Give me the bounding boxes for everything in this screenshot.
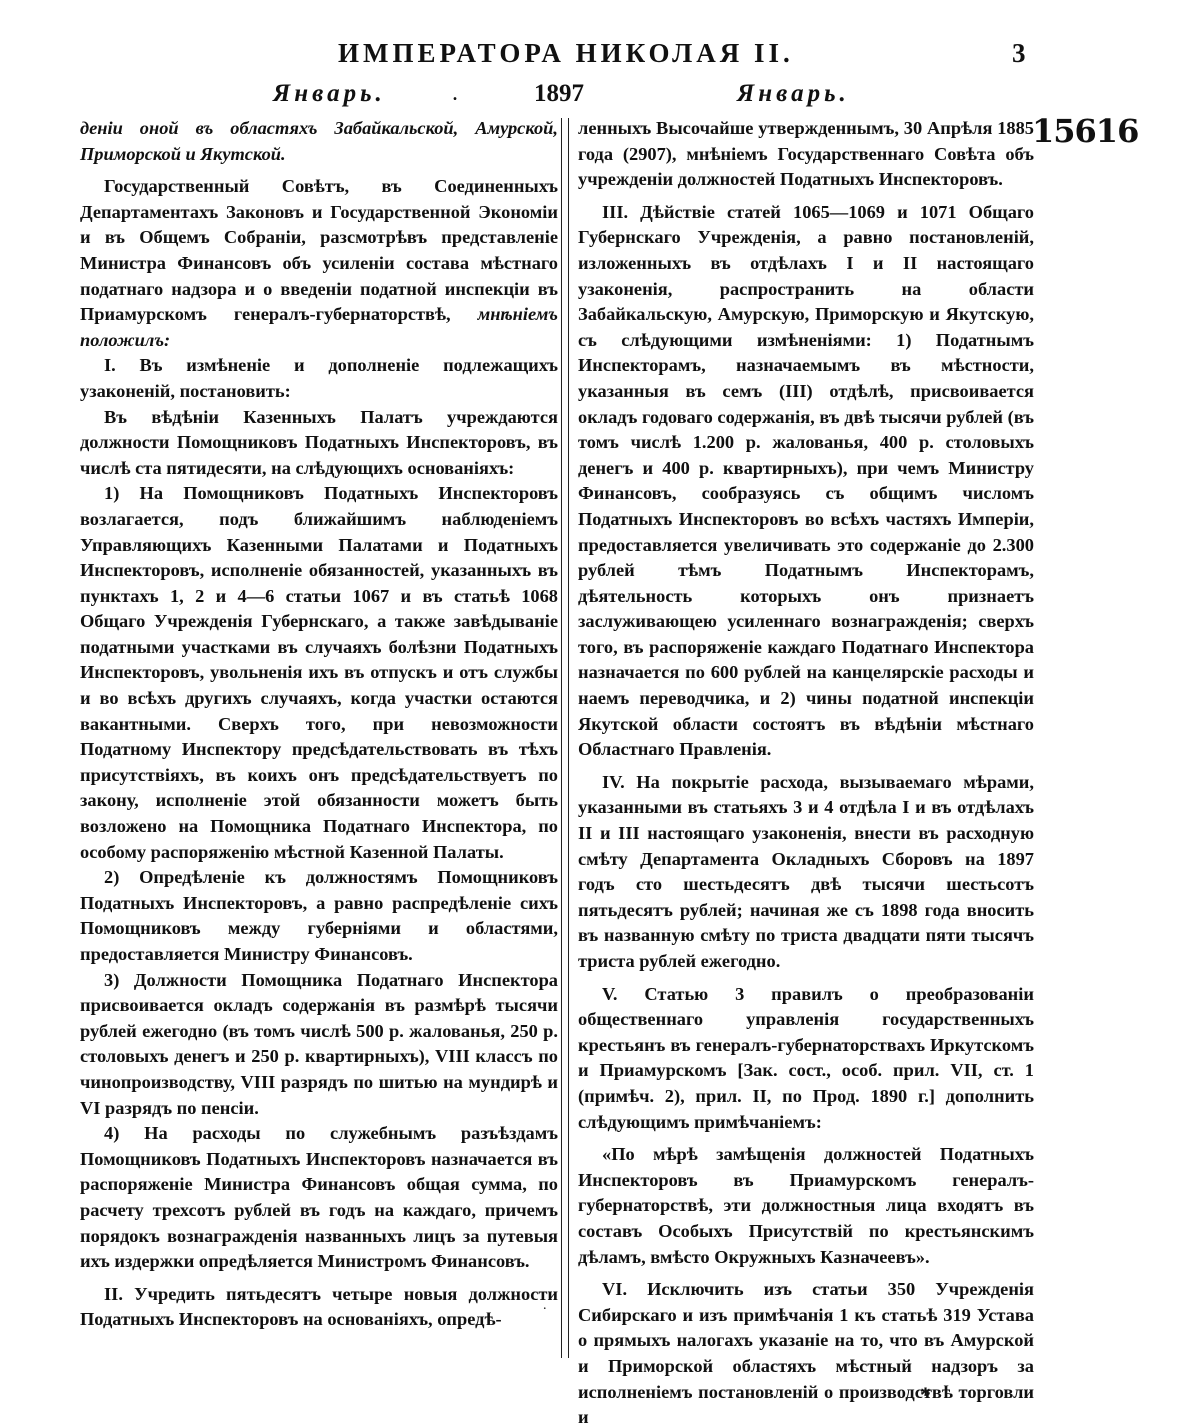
paragraph-item-3: 3) Должности Помощника Податнаго Инспект… bbox=[80, 968, 558, 1122]
year: 1897 bbox=[534, 80, 584, 108]
paragraph-continuation: ленныхъ Высочайше утвержденнымъ, 30 Апрѣ… bbox=[578, 116, 1034, 193]
paragraph-section-2: II. Учредить пятьдесятъ четыре новыя дол… bbox=[80, 1282, 558, 1333]
date-dot: . bbox=[452, 80, 458, 107]
stray-dot: . bbox=[543, 1298, 547, 1314]
running-title: ИМПЕРАТОРА НИКОЛАЯ II. bbox=[338, 38, 794, 69]
column-divider bbox=[561, 118, 569, 1358]
page-number: 3 bbox=[1012, 38, 1026, 69]
paragraph-preamble: Государственный Совѣтъ, въ Соединенныхъ … bbox=[80, 174, 558, 353]
paragraph-item-2: 2) Опредѣленіе къ должностямъ Помощников… bbox=[80, 865, 558, 967]
paragraph-section-6: VI. Исключить изъ статьи 350 Учрежденія … bbox=[578, 1277, 1034, 1427]
month-left: Январь. bbox=[273, 80, 386, 108]
left-column: деніи оной въ областяхъ Забайкальской, А… bbox=[80, 116, 558, 1333]
paragraph-section-4: IV. На покрытіе расхода, вызываемаго мѣр… bbox=[578, 770, 1034, 975]
running-head: ИМПЕРАТОРА НИКОЛАЯ II. 3 bbox=[0, 38, 1200, 78]
preamble-text: Государственный Совѣтъ, въ Соединенныхъ … bbox=[80, 176, 558, 324]
paragraph-section-3: III. Дѣйствіе статей 1065—1069 и 1071 Об… bbox=[578, 200, 1034, 763]
paragraph-section-1-intro: Въ вѣдѣніи Казенныхъ Палатъ учреждаются … bbox=[80, 405, 558, 482]
right-column: ленныхъ Высочайше утвержденнымъ, 30 Апрѣ… bbox=[578, 116, 1034, 1427]
footer-asterisk: * bbox=[920, 1382, 931, 1408]
paragraph-item-4: 4) На расходы по служебнымъ разъѣздамъ П… bbox=[80, 1121, 558, 1275]
month-right: Январь. bbox=[737, 80, 850, 108]
paragraph-quoted-note: «По мѣрѣ замѣщенія должностей Податныхъ … bbox=[578, 1142, 1034, 1270]
paragraph-item-1: 1) На Помощниковъ Податныхъ Инспекторовъ… bbox=[80, 481, 558, 865]
paragraph-section-5: V. Статью 3 правилъ о преобразованіи общ… bbox=[578, 982, 1034, 1136]
paragraph-section-1: I. Въ измѣненіе и дополненіе подлежащихъ… bbox=[80, 353, 558, 404]
law-number: 15616 bbox=[1032, 112, 1138, 150]
paragraph-title-continuation: деніи оной въ областяхъ Забайкальской, А… bbox=[80, 116, 558, 167]
date-line: Январь. . 1897 Январь. bbox=[0, 80, 1200, 116]
